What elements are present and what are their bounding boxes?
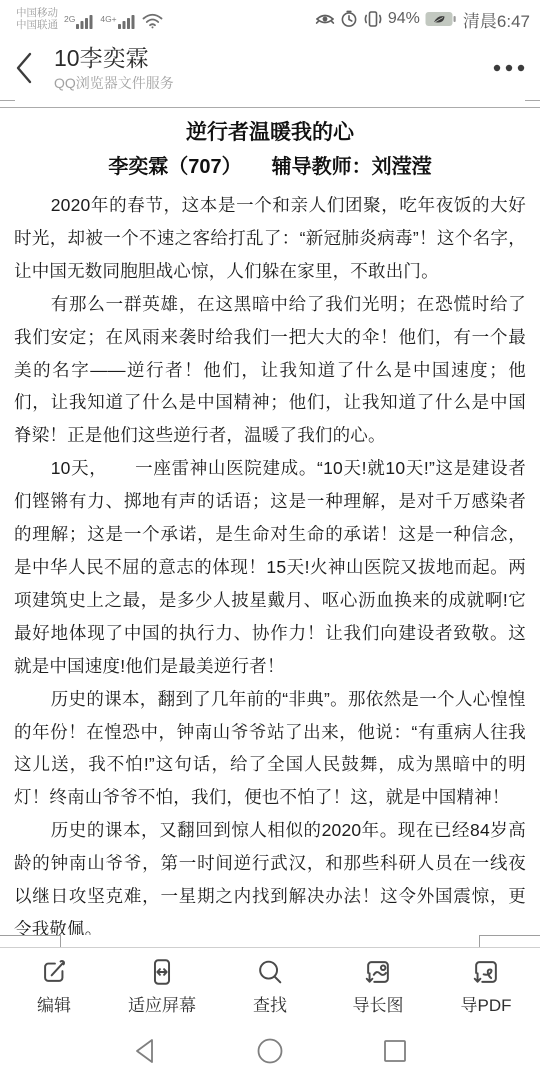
wifi-icon — [142, 13, 163, 32]
essay-paragraph: 2020年的春节，这本是一个和亲人们团聚，吃年夜饭的大好时光，却被一个不速之客给… — [14, 189, 526, 288]
page-corner-top-left — [0, 100, 15, 101]
back-button[interactable] — [14, 46, 48, 90]
battery-percent: 94% — [388, 10, 420, 28]
document-page[interactable]: 逆行者温暖我的心 李奕霖（707） 辅导教师：刘滢滢 2020年的春节，这本是一… — [0, 108, 540, 935]
export-pdf-button[interactable]: 导PDF — [432, 948, 540, 1022]
tool-label: 编辑 — [37, 991, 71, 1016]
fit-screen-icon — [147, 956, 177, 988]
back-chevron-icon — [14, 51, 34, 85]
carrier-labels: 中国移动 中国联通 — [16, 7, 58, 32]
find-button[interactable]: 查找 — [216, 948, 324, 1022]
header: 10李奕霖 QQ浏览器文件服务 — [0, 36, 540, 100]
nav-back-triangle-icon — [133, 1037, 157, 1065]
essay-paragraph: 10天， 一座雷神山医院建成。“10天!就10天!”这是建设者们铿锵有力、掷地有… — [14, 452, 526, 682]
nav-back-button[interactable] — [125, 1031, 165, 1071]
status-bar: 中国移动 中国联通 2G 4G+ — [0, 0, 540, 36]
vibrate-icon — [363, 10, 383, 28]
tool-label: 导长图 — [353, 991, 404, 1016]
essay-paragraph: 历史的课本，翻到了几年前的“非典”。那依然是一个人心惶惶的年份！在惶恐中，钟南山… — [14, 683, 526, 815]
export-long-image-button[interactable]: 导长图 — [324, 948, 432, 1022]
page-corner-bottom-left — [0, 935, 61, 947]
edit-icon — [39, 956, 69, 988]
page-corner-top-right — [525, 100, 540, 101]
edit-button[interactable]: 编辑 — [0, 948, 108, 1022]
more-menu-button[interactable] — [482, 46, 526, 90]
page-corner-bottom-right — [479, 935, 540, 947]
signal-bars-icon — [118, 13, 136, 29]
carrier-1: 中国移动 — [16, 7, 58, 19]
tool-label: 适应屏幕 — [128, 991, 196, 1016]
eye-protection-icon — [315, 11, 335, 27]
network-type-label: 4G+ — [100, 15, 116, 29]
status-time: 清晨6:47 — [463, 7, 530, 32]
status-left: 中国移动 中国联通 2G 4G+ — [16, 7, 163, 32]
header-titles: 10李奕霖 QQ浏览器文件服务 — [54, 45, 482, 92]
file-title: 10李奕霖 — [54, 45, 482, 72]
nav-home-button[interactable] — [250, 1031, 290, 1071]
export-long-image-icon — [363, 956, 393, 988]
nav-recents-button[interactable] — [375, 1031, 415, 1071]
essay-paragraph: 有那么一群英雄，在这黑暗中给了我们光明；在恐慌时给了我们安定；在风雨来袭时给我们… — [14, 288, 526, 453]
nav-home-circle-icon — [256, 1037, 284, 1065]
fit-screen-button[interactable]: 适应屏幕 — [108, 948, 216, 1022]
more-dots-icon — [492, 63, 526, 73]
tool-label: 查找 — [253, 991, 287, 1016]
status-right: 94% 清晨6:47 — [315, 7, 530, 32]
file-source: QQ浏览器文件服务 — [54, 74, 482, 92]
android-nav-bar — [0, 1022, 540, 1080]
phone-screen: 中国移动 中国联通 2G 4G+ — [0, 0, 540, 1080]
carrier-2: 中国联通 — [16, 19, 58, 31]
battery-leaf-icon — [425, 11, 456, 27]
search-icon — [255, 956, 285, 988]
bottom-toolbar: 编辑 适应屏幕 查找 — [0, 947, 540, 1022]
essay-title: 逆行者温暖我的心 — [14, 116, 526, 149]
alarm-clock-icon — [340, 10, 358, 28]
signal-group-2: 4G+ — [100, 13, 135, 32]
export-pdf-icon — [471, 956, 501, 988]
network-type-label: 2G — [64, 15, 75, 29]
tool-label: 导PDF — [461, 991, 512, 1016]
signal-group-1: 2G — [64, 13, 94, 32]
nav-recents-square-icon — [383, 1039, 407, 1063]
essay-byline: 李奕霖（707） 辅导教师：刘滢滢 — [14, 149, 526, 185]
essay-paragraph: 历史的课本，又翻回到惊人相似的2020年。现在已经84岁高龄的钟南山爷爷，第一时… — [14, 814, 526, 935]
signal-bars-icon — [76, 13, 94, 29]
